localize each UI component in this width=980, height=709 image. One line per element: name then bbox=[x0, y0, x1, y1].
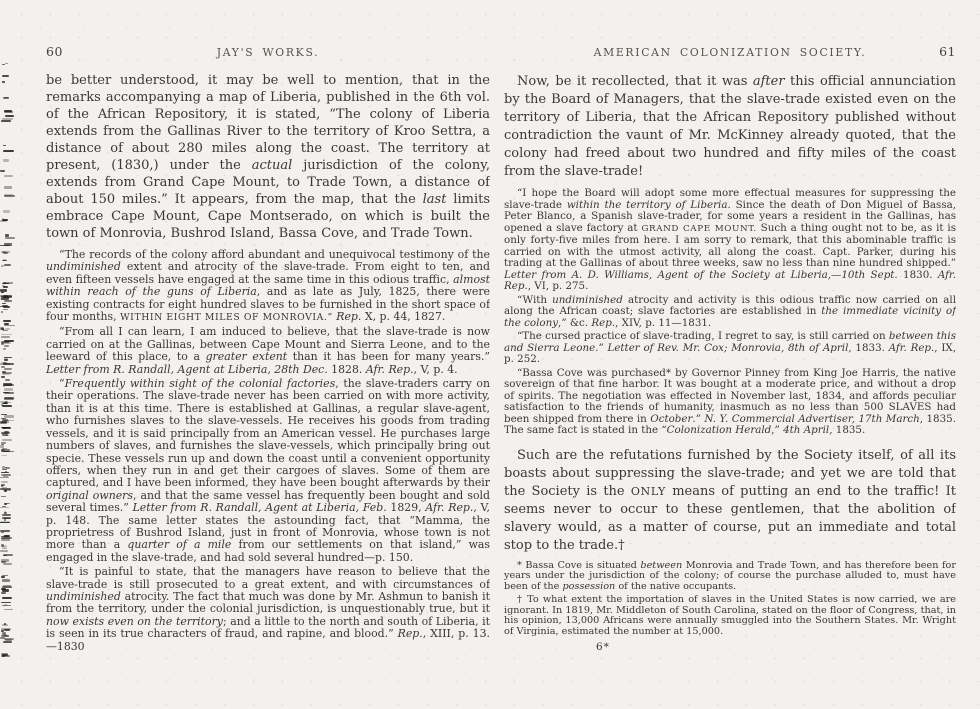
paragraph: “Bassa Cove was purchased* by Governor P… bbox=[504, 368, 956, 437]
right-page: AMERICAN COLONIZATION SOCIETY. 61 Now, b… bbox=[504, 0, 956, 709]
paragraph: Such are the refutations furnished by th… bbox=[504, 447, 956, 555]
paragraph: “With undiminished atrocity and activity… bbox=[504, 295, 956, 330]
paragraph: † To what extent the importation of slav… bbox=[504, 595, 956, 638]
right-page-number: 61 bbox=[914, 44, 956, 59]
paragraph: * Bassa Cove is situated between Monrovi… bbox=[504, 561, 956, 593]
paragraph: “Frequently within sight of the colonial… bbox=[46, 378, 490, 564]
book-spread: 60 JAY'S WORKS. be better understood, it… bbox=[0, 0, 980, 709]
paragraph: Now, be it recollected, that it was afte… bbox=[504, 73, 956, 181]
paragraph: “The records of the colony afford abunda… bbox=[46, 249, 490, 324]
left-page: 60 JAY'S WORKS. be better understood, it… bbox=[46, 0, 490, 709]
right-text-column: Now, be it recollected, that it was afte… bbox=[504, 73, 956, 555]
right-running-head: AMERICAN COLONIZATION SOCIETY. 61 bbox=[504, 44, 956, 59]
left-page-number: 60 bbox=[46, 44, 88, 59]
paragraph: “From all I can learn, I am induced to b… bbox=[46, 326, 490, 376]
signature-mark: 6* bbox=[596, 641, 956, 653]
right-running-title: AMERICAN COLONIZATION SOCIETY. bbox=[546, 46, 914, 59]
paragraph: “It is painful to state, that the manage… bbox=[46, 566, 490, 653]
left-text-column: be better understood, it may be well to … bbox=[46, 72, 490, 653]
footnotes-block: * Bassa Cove is situated between Monrovi… bbox=[504, 561, 956, 639]
paragraph: “The cursed practice of slave-trading, I… bbox=[504, 331, 956, 366]
binding-edge-artifact bbox=[0, 0, 18, 709]
left-running-head: 60 JAY'S WORKS. bbox=[46, 44, 490, 59]
paragraph: “I hope the Board will adopt some more e… bbox=[504, 188, 956, 293]
left-running-title: JAY'S WORKS. bbox=[88, 46, 448, 59]
paragraph: be better understood, it may be well to … bbox=[46, 72, 490, 242]
